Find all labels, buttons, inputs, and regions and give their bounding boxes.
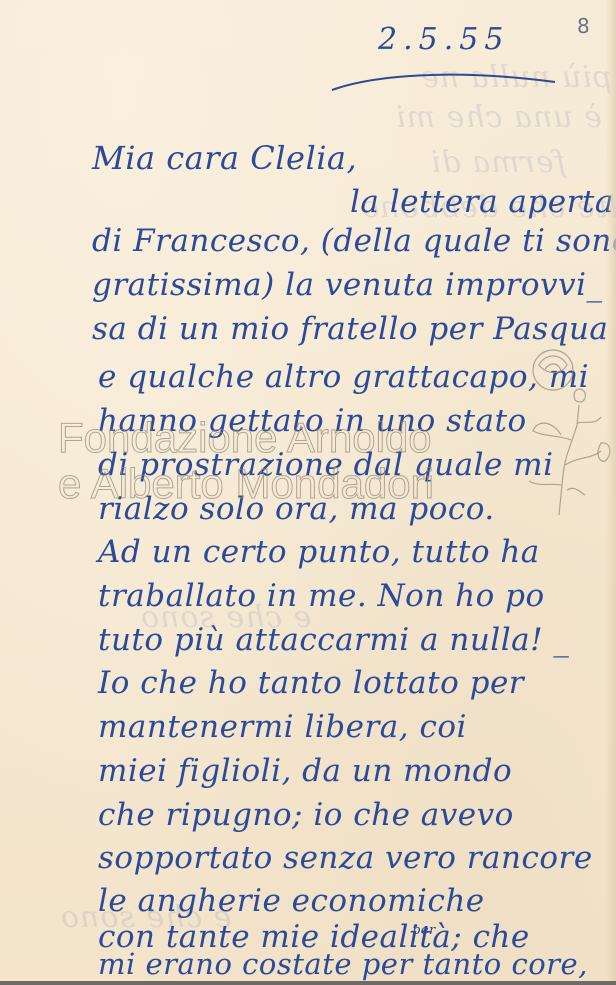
rose-icon	[515, 345, 615, 520]
page-bottom-border	[0, 981, 616, 985]
letter-line: che ripugno; io che avevo	[98, 800, 514, 831]
date-underline	[330, 62, 560, 92]
letter-line: di Francesco, (della quale ti sono	[92, 226, 616, 257]
bleed-through-line: ma è attesa è una che mi	[395, 100, 616, 135]
letter-date: 2.5.55	[378, 22, 509, 57]
interlinear-insertion: per	[412, 924, 436, 937]
letter-line: miei figlioli, da un mondo	[98, 756, 512, 787]
letter-line: gratissima) la venuta improvvi_	[92, 270, 603, 301]
letter-line: le angherie economiche	[98, 886, 485, 917]
letter-line: sa di un mio fratello per Pasqua	[92, 314, 608, 345]
bleed-through-line: ferma di	[430, 145, 566, 180]
page-number: 8	[577, 14, 590, 38]
letter-line: tuto più attaccarmi a nulla! _	[98, 625, 569, 656]
letter-line: la lettera aperta	[350, 187, 614, 218]
letter-line: mantenermi libera, coi	[98, 712, 467, 743]
letter-line: Io che ho tanto lottato per	[98, 668, 524, 699]
letter-line: sopportato senza vero rancore	[98, 843, 593, 874]
watermark-line-1: Fondazione Arnoldo	[58, 414, 432, 462]
letter-page: Intanto più nulla ne ma è attesa è una c…	[0, 0, 616, 985]
letter-line: traballato in me. Non ho po	[98, 581, 545, 612]
watermark-line-2: e Alberto Mondadori	[58, 460, 434, 508]
page-edge	[606, 0, 616, 985]
letter-line: Ad un certo punto, tutto ha	[98, 537, 540, 568]
letter-line: mi erano costate per tanto core,	[98, 950, 588, 979]
salutation: Mia cara Clelia,	[92, 142, 357, 174]
